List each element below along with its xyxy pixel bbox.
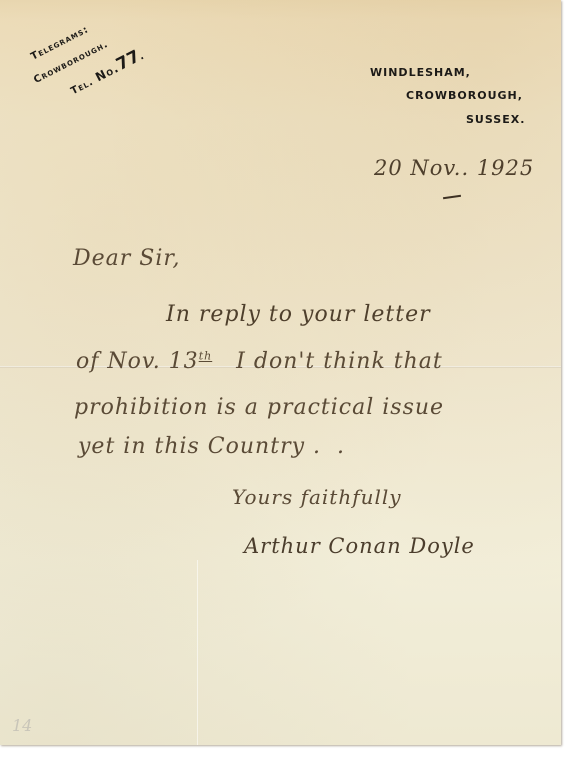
address-line-house: WINDLESHAM, [370, 66, 471, 79]
date-underline-mark [443, 195, 461, 199]
letter-date: 20 Nov.. 1925 [374, 156, 534, 180]
telegrams-letterhead: Telegrams: Crowborough. Tel. No.77. [15, 0, 176, 127]
body-line-2-suffix: I don't think that [212, 349, 443, 374]
salutation: Dear Sir, [73, 246, 180, 271]
body-line-2-prefix: of Nov. 13 [76, 349, 199, 374]
closing: Yours faithfully [232, 485, 402, 509]
signature: Arthur Conan Doyle [244, 534, 475, 558]
ordinal-superscript: th [199, 350, 213, 363]
pencil-annotation: 14 [12, 716, 32, 735]
body-line-2: of Nov. 13th I don't think that [76, 349, 443, 374]
body-line-3: prohibition is a practical issue [74, 395, 444, 420]
address-line-county: SUSSEX. [466, 113, 525, 126]
letter-paper: Telegrams: Crowborough. Tel. No.77. WIND… [0, 0, 561, 745]
address-line-town: CROWBOROUGH, [406, 89, 523, 102]
body-line-4: yet in this Country . . [78, 434, 345, 459]
vertical-crease [197, 560, 198, 745]
body-line-1: In reply to your letter [166, 302, 431, 327]
